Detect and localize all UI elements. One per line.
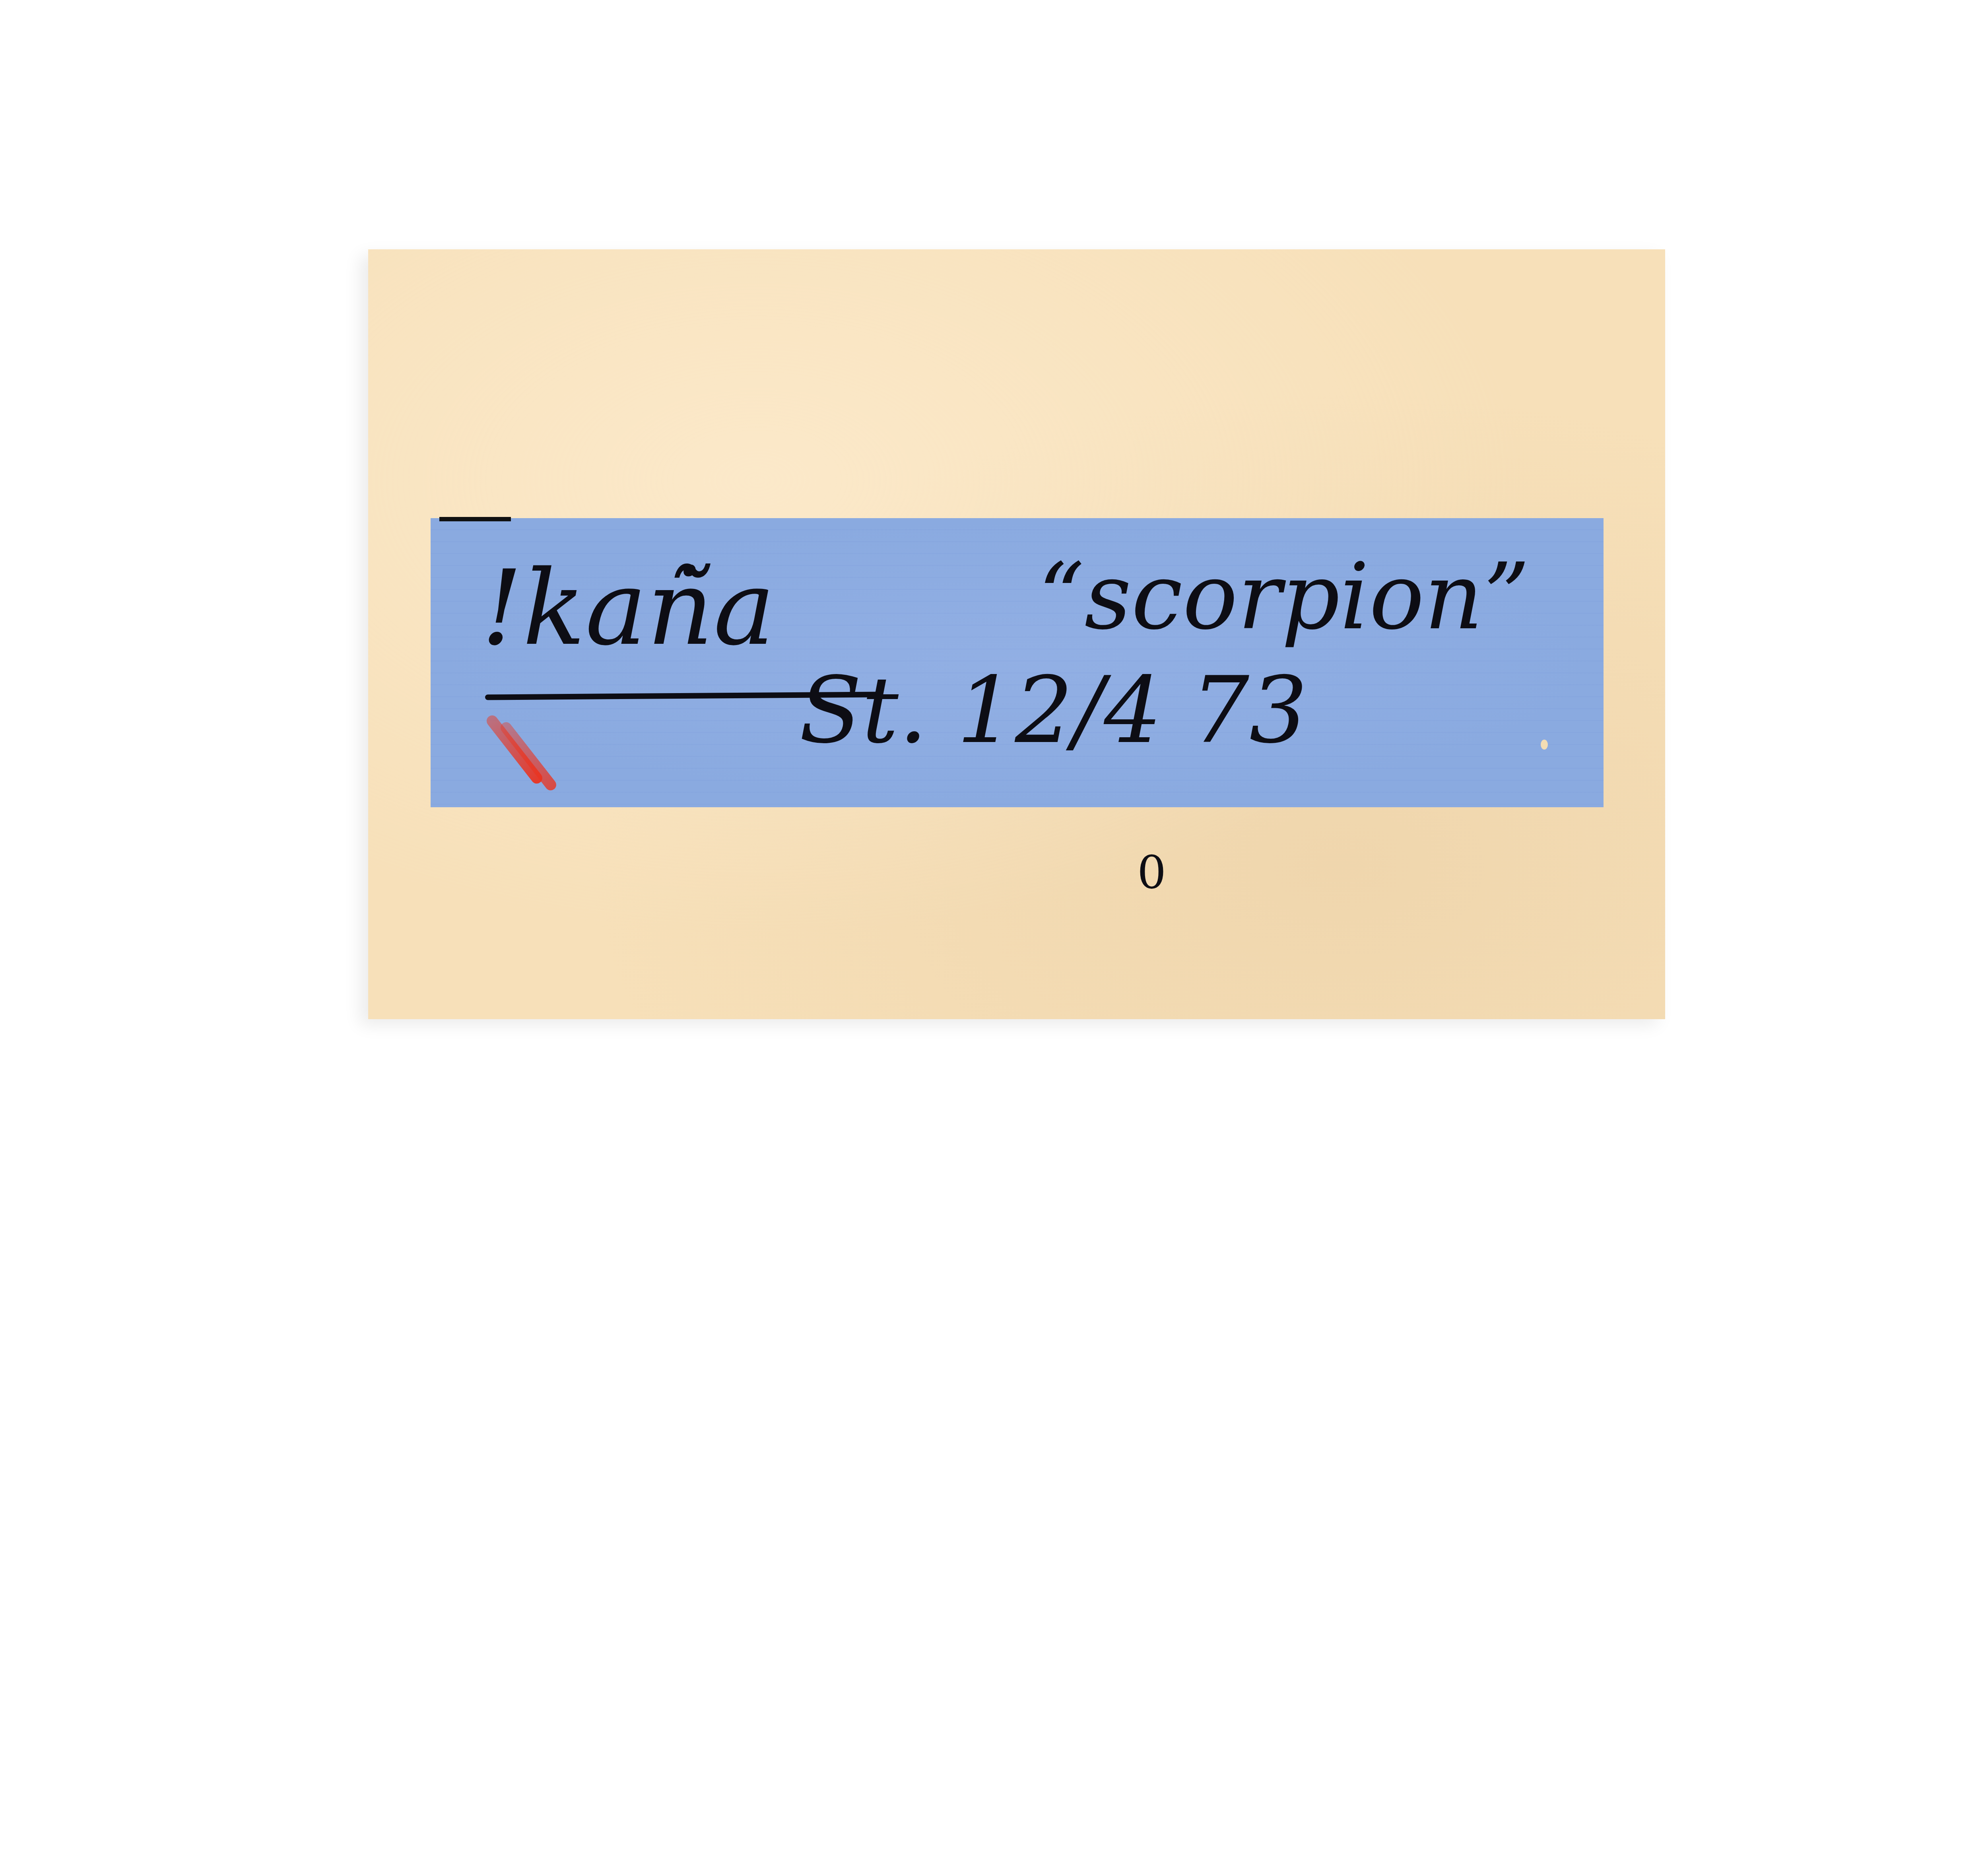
native-word: !kaṅ̃a [481, 557, 775, 660]
english-gloss: “scorpion” [1038, 552, 1530, 643]
ink-corner-tick [439, 517, 511, 521]
date-line: St. 12/4 73 [799, 665, 1307, 757]
card-mark: 0 [1137, 850, 1166, 896]
paper-spot [1541, 740, 1548, 750]
document-scan: !kaṅ̃a “scorpion” St. 12/4 73 0 [0, 0, 1988, 1325]
